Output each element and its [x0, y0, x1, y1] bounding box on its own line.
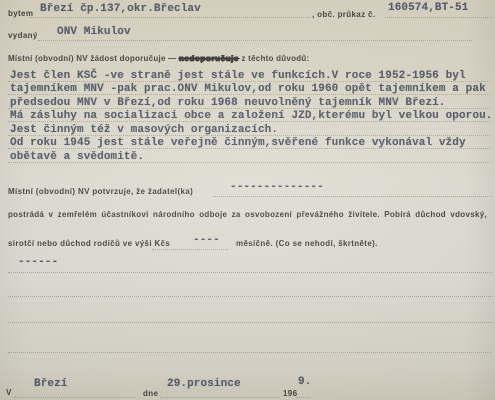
issued-label: vydaný	[8, 31, 38, 40]
reason-line: Má zásluhy na socializaci obce a založen…	[8, 109, 490, 123]
reason-line: Jest člen KSČ -ve straně jest stále ve f…	[8, 68, 490, 82]
confirm-typed-dashes: --------------	[230, 181, 324, 193]
residence-value: Březí čp.137,okr.Břeclav	[40, 3, 201, 15]
empty-rule-1	[8, 272, 492, 273]
footer-year-typed: 9.	[298, 376, 311, 388]
id-card-value: 160574,BT-51	[388, 2, 468, 14]
recommend-prefix: Místní (obvodní) NV žádost doporučuje —	[8, 54, 179, 63]
confirm-rule	[213, 196, 492, 197]
id-card-rule	[385, 17, 492, 18]
footer-place-rule	[14, 397, 136, 398]
pension-prefix: sirotčí nebo důchod rodičů ve výši Kčs	[8, 239, 170, 248]
pension-suffix: měsíčně. (Co se nehodí, škrtněte).	[236, 239, 378, 248]
reason-line: tajemníkem MNV -pak prac.ONV Mikulov,od …	[8, 82, 490, 96]
empty-rule-4	[8, 352, 492, 353]
reasons-paragraph: Jest člen KSČ -ve straně jest stále ve f…	[8, 68, 490, 163]
footer-dne-label: dne	[143, 389, 158, 398]
deprived-line: postrádá v zemřelém účastníkovi národníh…	[8, 210, 487, 219]
struck-word-nedoporucuje: nedoporučuje	[179, 54, 239, 63]
footer-date: 29.prosince	[167, 378, 241, 390]
reason-line: předsedou MNV v Březí,od roku 1968 neuvo…	[8, 95, 490, 109]
recommend-suffix: z těchto důvodů:	[239, 54, 309, 63]
confirm-label: Místní (obvodní) NV potvrzuje, že žadate…	[8, 187, 193, 196]
footer-place: Březí	[34, 378, 68, 390]
residence-rule	[30, 17, 310, 18]
stray-typed-dashes: ------	[18, 256, 58, 268]
pension-amount-rule	[152, 249, 228, 250]
empty-rule-3	[8, 322, 493, 323]
pension-typed-dashes: ----	[193, 234, 220, 246]
issued-rule	[38, 40, 472, 41]
issued-value: ONV Mikulov	[57, 26, 131, 38]
reason-line: Od roku 1945 jest stále veřejně činným,s…	[8, 136, 490, 150]
footer-v-label: V	[6, 388, 12, 397]
footer-date-rule	[160, 397, 280, 398]
empty-rule-2	[8, 296, 493, 297]
reason-line: Jest činným též v masových organizacích.	[8, 122, 490, 136]
id-card-label: , obč. průkaz č.	[312, 10, 375, 19]
recommend-line: Místní (obvodní) NV žádost doporučuje — …	[8, 54, 309, 63]
reason-line: obětavě a svědomitě.	[8, 149, 490, 163]
footer-year-rule	[296, 397, 310, 398]
scanned-form-document: bytem Březí čp.137,okr.Břeclav , obč. pr…	[0, 0, 495, 400]
